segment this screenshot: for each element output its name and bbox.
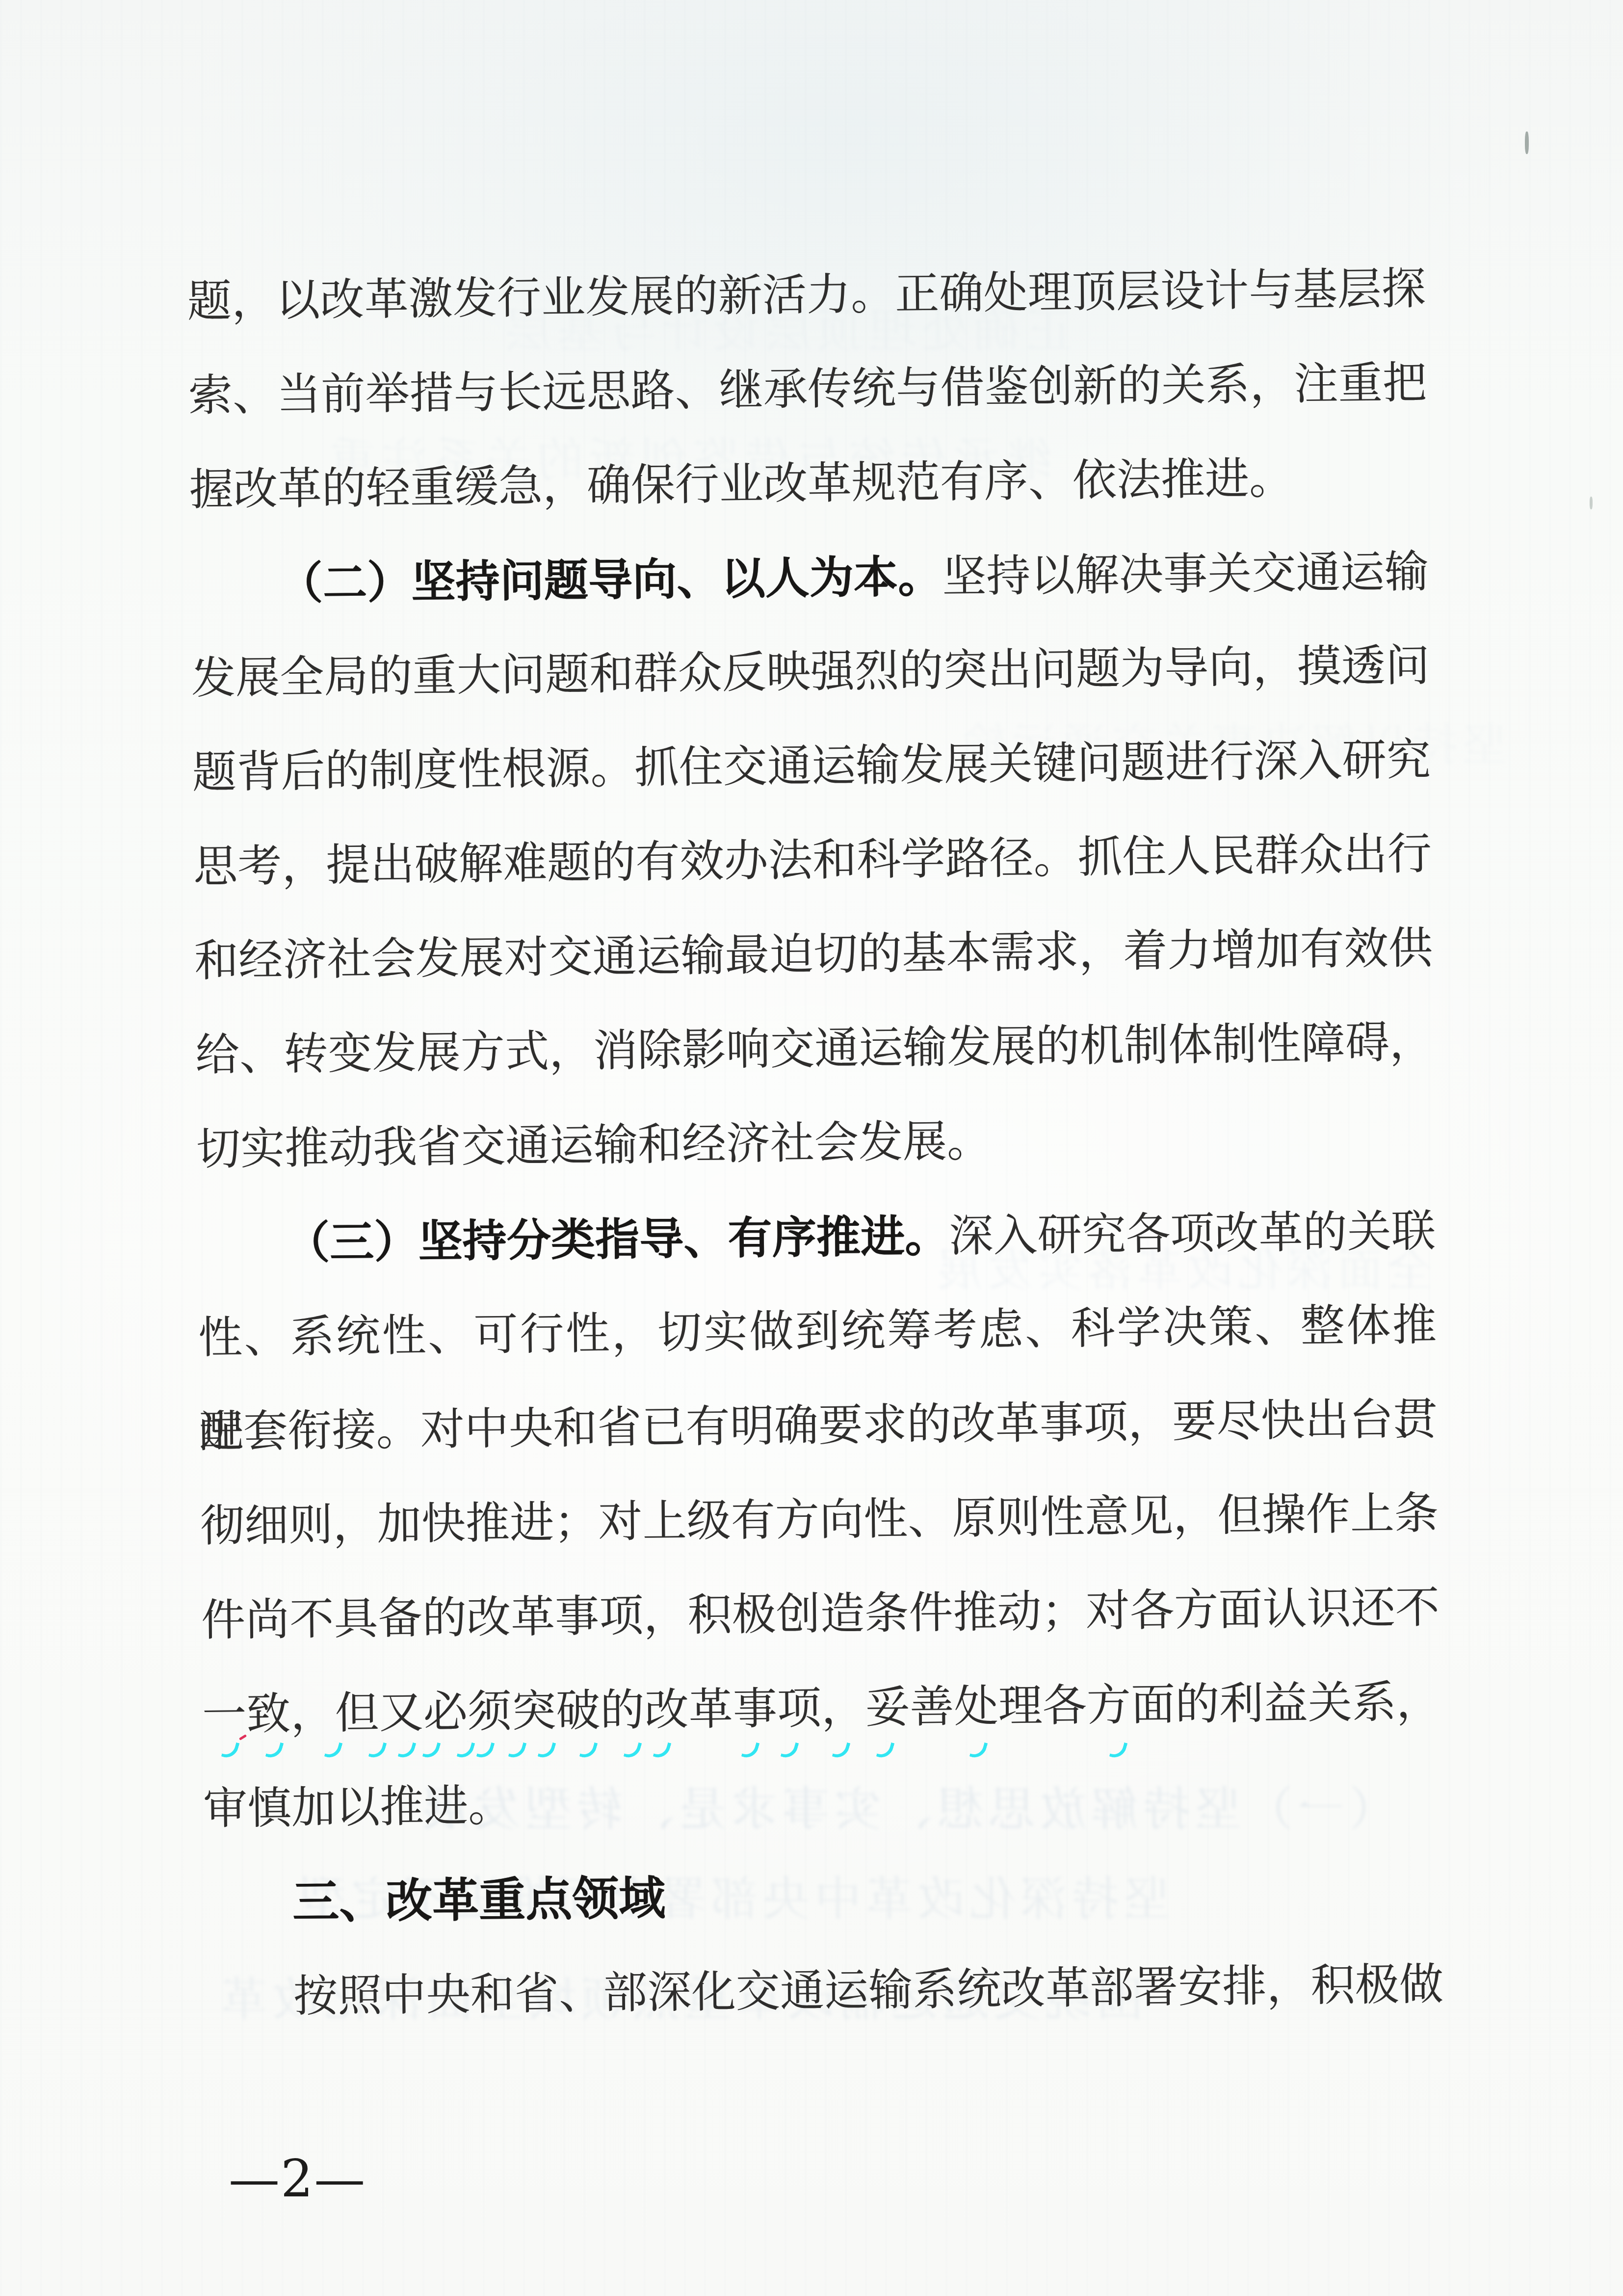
text-line: 一致，但又必须突破的改革事项，妥善处理各方面的利益关系，	[202, 1655, 1441, 1762]
body-text: 配套衔接。对中央和省已有明确要求的改革事项，要尽快出台贯	[199, 1393, 1438, 1457]
section-heading-line: 三、改革重点领域	[204, 1843, 1443, 1950]
text-line: 发展全局的重大问题和群众反映强烈的突出问题为导向，摸透问	[191, 619, 1430, 726]
scan-speck	[1590, 497, 1593, 509]
text-line: 配套衔接。对中央和省已有明确要求的改革事项，要尽快出台贯	[199, 1372, 1438, 1479]
text-line: 索、当前举措与长远思路、继承传统与借鉴创新的关系，注重把	[188, 336, 1427, 443]
text-line: 按照中央和省、部深化交通运输系统改革部署安排，积极做	[205, 1937, 1444, 2044]
text-line: （二）坚持问题导向、以人为本。坚持以解决事关交通运输	[190, 525, 1429, 632]
text-line: 性、系统性、可行性，切实做到统筹考虑、科学决策、整体推进、	[198, 1278, 1437, 1385]
body-text: 按照中央和省、部深化交通运输系统改革部署安排，积极做	[293, 1958, 1444, 2022]
document-text-block: 题，以改革激发行业发展的新活力。正确处理顶层设计与基层探索、当前举措与长远思路、…	[187, 242, 1445, 2168]
body-text: 和经济社会发展对交通运输最迫切的基本需求，着力增加有效供	[194, 922, 1433, 986]
body-text: 切实推动我省交通运输和经济社会发展。	[196, 1115, 992, 1175]
text-line: （三）坚持分类指导、有序推进。深入研究各项改革的关联	[197, 1184, 1436, 1291]
text-line: 思考，提出破解难题的有效办法和科学路径。抓住人民群众出行	[193, 807, 1432, 914]
body-text: 一致，但又必须突破的改革事项，妥善处理各方面的利益关系，	[202, 1676, 1441, 1740]
body-text: 握改革的轻重缓急，确保行业改革规范有序、依法推进。	[189, 452, 1293, 516]
body-text: 索、当前举措与长远思路、继承传统与借鉴创新的关系，注重把	[188, 357, 1427, 422]
scanned-page: 正确处理顶层设计与基层继承传统与借鉴创新的关系注重坚持以解决事关交通运输全面深化…	[0, 0, 1623, 2296]
body-text: 件尚不具备的改革事项，积极创造条件推动；对各方面认识还不	[201, 1582, 1440, 1646]
scan-speck	[1525, 132, 1529, 154]
text-line: 握改革的轻重缓急，确保行业改革规范有序、依法推进。	[189, 430, 1428, 537]
body-text: 深入研究各项改革的关联	[949, 1205, 1436, 1262]
body-text: 审慎加以推进。	[203, 1780, 513, 1835]
bold-lead-text: （二）坚持问题导向、以人为本。	[278, 551, 942, 609]
body-text: 彻细则，加快推进；对上级有方向性、原则性意见，但操作上条	[200, 1487, 1439, 1552]
body-text: 给、转变发展方式，消除影响交通运输发展的机制体制性障碍，	[195, 1016, 1434, 1081]
page-number: —2—	[229, 2153, 366, 2204]
text-line: 题背后的制度性根源。抓住交通运输发展关键问题进行深入研究	[192, 713, 1431, 820]
bold-lead-text: 三、改革重点领域	[292, 1871, 666, 1929]
body-text: 题背后的制度性根源。抓住交通运输发展关键问题进行深入研究	[192, 734, 1431, 798]
text-line: 题，以改革激发行业发展的新活力。正确处理顶层设计与基层探	[187, 242, 1426, 349]
body-text: 思考，提出破解难题的有效办法和科学路径。抓住人民群众出行	[193, 828, 1432, 893]
text-line: 彻细则，加快推进；对上级有方向性、原则性意见，但操作上条	[200, 1466, 1439, 1573]
body-text: 坚持以解决事关交通运输	[942, 546, 1429, 603]
body-text: 题，以改革激发行业发展的新活力。正确处理顶层设计与基层探	[187, 263, 1426, 327]
body-text: 发展全局的重大问题和群众反映强烈的突出问题为导向，摸透问	[191, 640, 1430, 704]
text-line: 切实推动我省交通运输和经济社会发展。	[196, 1089, 1435, 1196]
bold-lead-text: （三）坚持分类指导、有序推进。	[286, 1210, 949, 1269]
text-line: 和经济社会发展对交通运输最迫切的基本需求，着力增加有效供	[194, 901, 1433, 1008]
text-line: 件尚不具备的改革事项，积极创造条件推动；对各方面认识还不	[201, 1560, 1440, 1667]
text-line: 审慎加以推进。	[203, 1749, 1442, 1856]
text-line: 给、转变发展方式，消除影响交通运输发展的机制体制性障碍，	[195, 995, 1434, 1102]
